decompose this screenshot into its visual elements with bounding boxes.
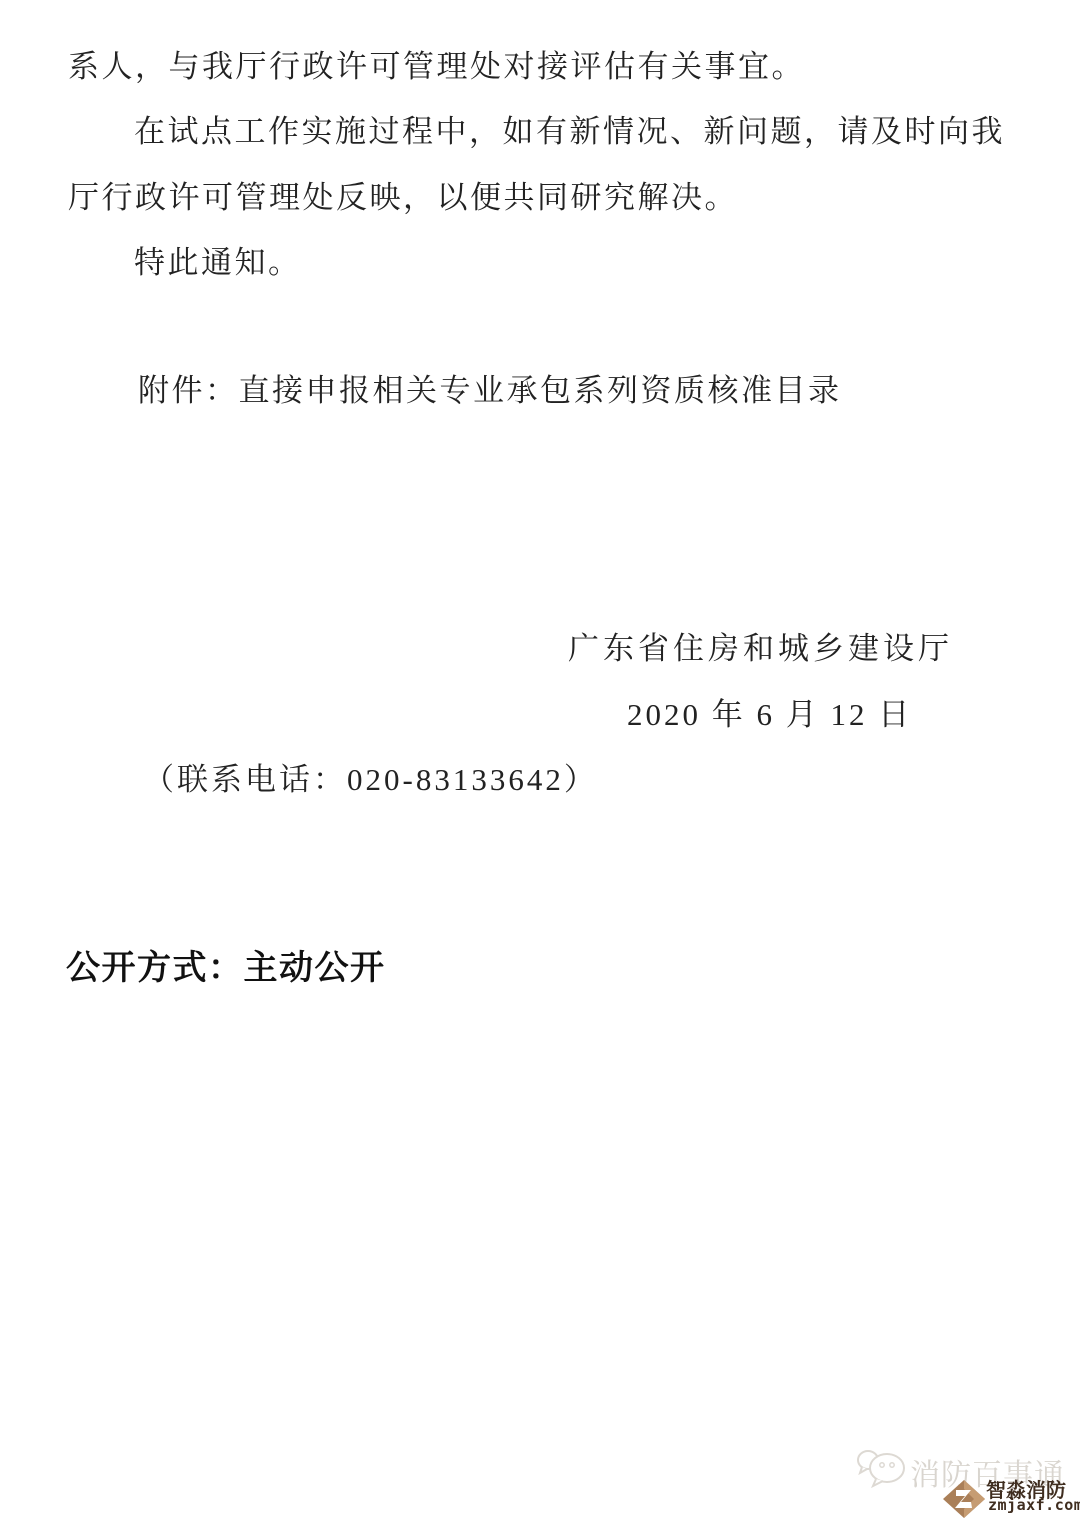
disclosure-method-line: 公开方式：主动公开 [66, 948, 386, 988]
chat-bubbles-icon [856, 1444, 908, 1490]
issue-date: 2020 年 6 月 12 日 [627, 695, 912, 735]
contact-phone-line: （联系电话：020-83133642） [143, 760, 598, 800]
issuing-agency: 广东省住房和城乡建设厅 [568, 629, 953, 669]
diamond-arrow-logo-icon [942, 1479, 986, 1519]
body-paragraph-line: 系人，与我厅行政许可管理处对接评估有关事宜。 [68, 47, 805, 87]
watermark-brand-url: zmjaxf.com [988, 1496, 1080, 1514]
notice-closing-line: 特此通知。 [134, 243, 302, 283]
attachment-line: 附件：直接申报相关专业承包系列资质核准目录 [138, 371, 842, 411]
body-paragraph-line: 厅行政许可管理处反映，以便共同研究解决。 [68, 178, 738, 218]
body-paragraph-line: 在试点工作实施过程中，如有新情况、新问题，请及时向我 [134, 112, 1005, 152]
document-page: 系人，与我厅行政许可管理处对接评估有关事宜。 在试点工作实施过程中，如有新情况、… [0, 0, 1080, 1519]
